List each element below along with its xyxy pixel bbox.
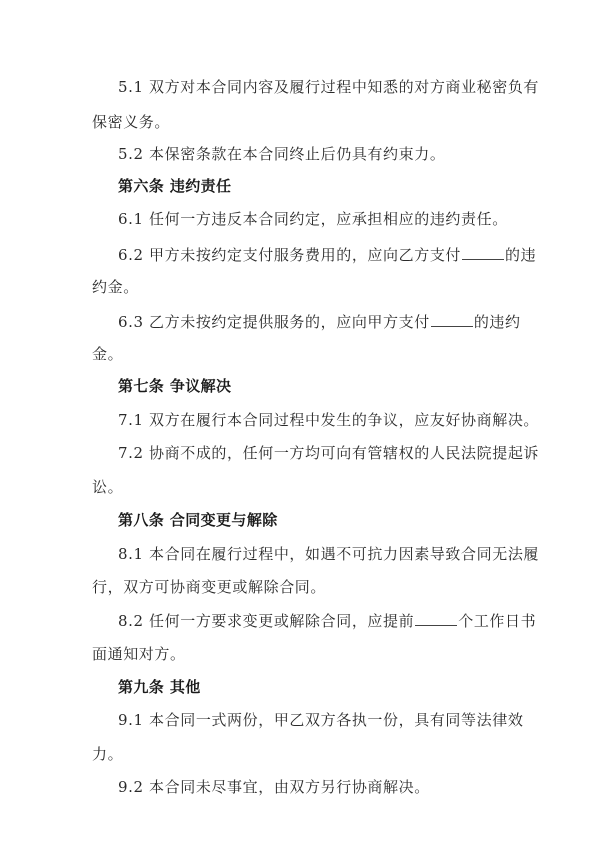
clause-7-2-line-2: 讼。 (92, 478, 123, 496)
section-heading-6: 第六条 违约责任 (118, 177, 231, 195)
document-page: 5.1 双方对本合同内容及履行过程中知悉的对方商业秘密负有 保密义务。 5.2 … (0, 0, 600, 848)
clause-6-3-text-after: 的违约 (474, 313, 521, 331)
clause-9-1-line-1: 9.1 本合同一式两份，甲乙双方各执一份，具有同等法律效 (118, 711, 523, 729)
clause-6-1: 6.1 任何一方违反本合同约定，应承担相应的违约责任。 (118, 210, 508, 228)
section-heading-9: 第九条 其他 (118, 678, 201, 696)
clause-9-2: 9.2 本合同未尽事宜，由双方另行协商解决。 (118, 778, 430, 796)
clause-8-1-line-1: 8.1 本合同在履行过程中，如遇不可抗力因素导致合同无法履 (118, 545, 539, 563)
fill-in-blank (462, 245, 504, 260)
section-heading-8: 第八条 合同变更与解除 (118, 511, 278, 529)
clause-5-2: 5.2 本保密条款在本合同终止后仍具有约束力。 (118, 145, 445, 163)
clause-8-2-text-before: 8.2 任何一方要求变更或解除合同，应提前 (118, 612, 414, 630)
clause-8-1-line-2: 行，双方可协商变更或解除合同。 (92, 578, 326, 596)
clause-7-2-line-1: 7.2 协商不成的，任何一方均可向有管辖权的人民法院提起诉 (118, 444, 539, 462)
clause-6-2-text-before: 6.2 甲方未按约定支付服务费用的，应向乙方支付 (118, 246, 461, 264)
clause-8-2-text-after: 个工作日书 (458, 612, 536, 630)
clause-6-3-line-1: 6.3 乙方未按约定提供服务的，应向甲方支付的违约 (118, 312, 521, 331)
clause-8-2-line-1: 8.2 任何一方要求变更或解除合同，应提前个工作日书 (118, 611, 536, 630)
clause-7-1: 7.1 双方在履行本合同过程中发生的争议，应友好协商解决。 (118, 411, 539, 429)
fill-in-blank (431, 312, 473, 327)
clause-5-1-line-1: 5.1 双方对本合同内容及履行过程中知悉的对方商业秘密负有 (118, 78, 539, 96)
clause-6-2-text-after: 的违 (505, 246, 536, 264)
fill-in-blank (415, 611, 457, 626)
clause-6-3-line-2: 金。 (92, 345, 123, 363)
clause-8-2-line-2: 面通知对方。 (92, 645, 186, 663)
clause-9-1-line-2: 力。 (92, 745, 123, 763)
clause-5-1-line-2: 保密义务。 (92, 113, 170, 131)
clause-6-2-line-2: 约金。 (92, 278, 139, 296)
clause-6-3-text-before: 6.3 乙方未按约定提供服务的，应向甲方支付 (118, 313, 430, 331)
section-heading-7: 第七条 争议解决 (118, 377, 231, 395)
clause-6-2-line-1: 6.2 甲方未按约定支付服务费用的，应向乙方支付的违 (118, 245, 536, 264)
